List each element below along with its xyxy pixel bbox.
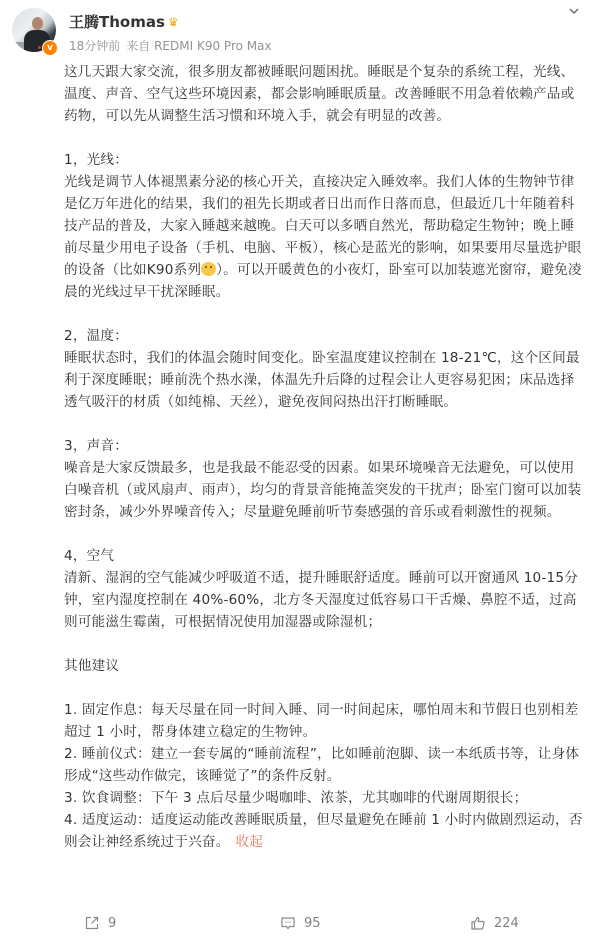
collapse-link[interactable]: 收起 (236, 834, 264, 850)
section-heading: 4，空气 (64, 545, 586, 567)
section-heading: 2，温度： (64, 325, 586, 347)
verified-badge-icon: v (42, 40, 58, 56)
post-source: 来自 REDMI K90 Pro Max (126, 39, 271, 53)
thumbs-up-icon (470, 915, 486, 931)
other-heading: 其他建议 (64, 655, 586, 677)
share-icon (84, 915, 100, 931)
tip-text: 4. 适度运动：适度运动能改善睡眠质量，但尽量避免在睡前 1 小时内做剧烈运动，… (64, 812, 583, 850)
tip-item: 1. 固定作息：每天尽量在同一时间入睡、同一时间起床，哪怕周末和节假日也别相差超… (64, 699, 586, 743)
crown-icon: ♛ (168, 15, 179, 29)
tip-item: 3. 饮食调整：下午 3 点后尽量少喝咖啡、浓茶，尤其咖啡的代谢周期很长； (64, 787, 586, 809)
doge-emoji-icon (201, 262, 216, 276)
post-time: 18分钟前 (69, 39, 120, 53)
comment-count: 95 (304, 916, 321, 931)
post-intro: 这几天跟大家交流，很多朋友都被睡眠问题困扰。睡眠是个复杂的系统工程，光线、温度、… (64, 61, 586, 127)
section-body: 噪音是大家反馈最多，也是我最不能忍受的因素。如果环境噪音无法避免，可以使用白噪音… (64, 457, 586, 523)
comment-icon (280, 915, 296, 931)
tip-item: 2. 睡前仪式：建立一套专属的“睡前流程”，比如睡前泡脚、读一本纸质书等，让身体… (64, 743, 586, 787)
status-dot (38, 46, 41, 49)
tip-item: 4. 适度运动：适度运动能改善睡眠质量，但尽量避免在睡前 1 小时内做剧烈运动，… (64, 809, 586, 853)
post-actions: 9 95 224 (0, 915, 600, 935)
like-count: 224 (494, 916, 519, 931)
chevron-down-icon[interactable] (568, 5, 580, 17)
repost-count: 9 (108, 916, 116, 931)
author-name-text[interactable]: 王腾Thomas (69, 13, 165, 31)
section-heading: 3，声音： (64, 435, 586, 457)
section-heading: 1，光线： (64, 149, 586, 171)
comment-button[interactable]: 95 (280, 915, 321, 931)
section-body: 光线是调节人体褪黑素分泌的核心开关，直接决定入睡效率。我们人体的生物钟节律是亿万… (64, 171, 586, 303)
like-button[interactable]: 224 (470, 915, 519, 931)
post-body: 这几天跟大家交流，很多朋友都被睡眠问题困扰。睡眠是个复杂的系统工程，光线、温度、… (64, 61, 586, 853)
author-name[interactable]: 王腾Thomas♛ (69, 11, 179, 32)
repost-button[interactable]: 9 (84, 915, 116, 931)
post-meta: 18分钟前来自 REDMI K90 Pro Max (69, 37, 278, 54)
section-body: 睡眠状态时，我们的体温会随时间变化。卧室温度建议控制在 18-21℃，这个区间最… (64, 347, 586, 413)
avatar-head (32, 17, 43, 30)
section-body: 清新、湿润的空气能减少呼吸道不适，提升睡眠舒适度。睡前可以开窗通风 10-15分… (64, 567, 586, 633)
